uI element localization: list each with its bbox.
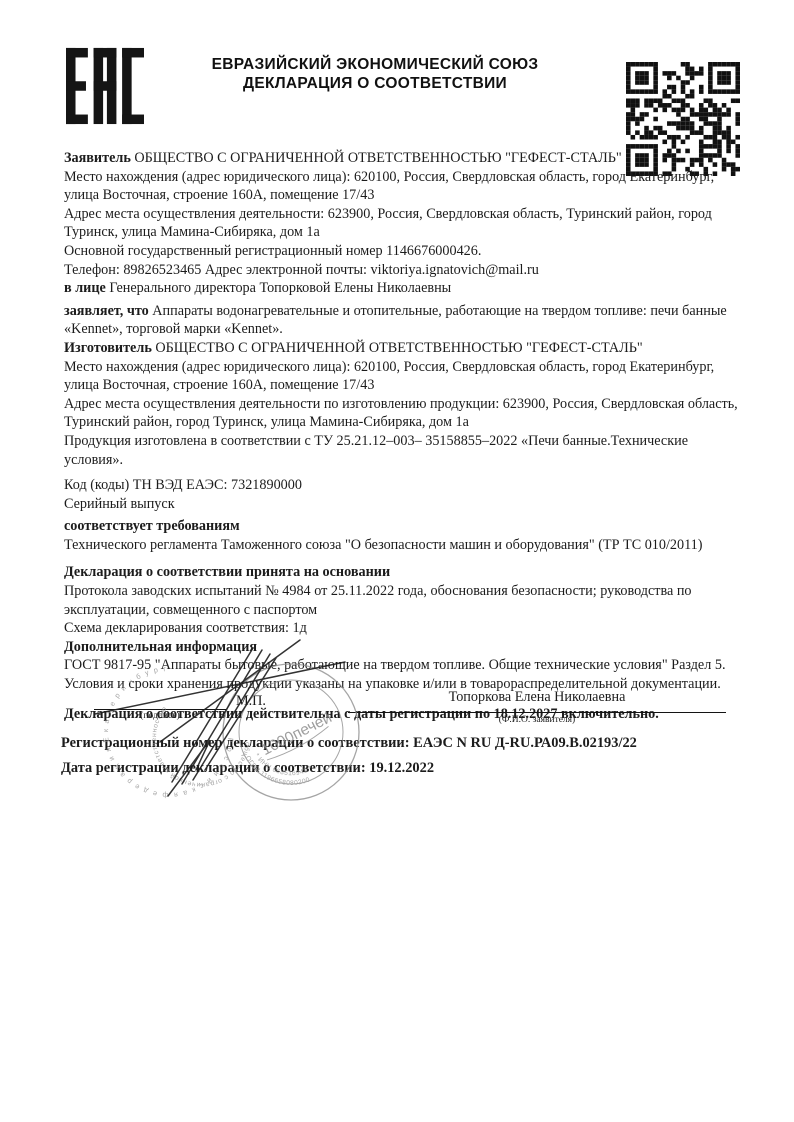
paragraph-serial-release: Серийный выпуск [64, 495, 742, 514]
paragraph-test-protocol: Протокола заводских испытаний № 4984 от … [64, 582, 742, 619]
paragraph-manufacturer: Изготовитель ОБЩЕСТВО С ОГРАНИЧЕННОЙ ОТВ… [64, 339, 742, 358]
document-header: ЕВРАЗИЙСКИЙ ЭКОНОМИЧЕСКИЙ СОЮЗ ДЕКЛАРАЦИ… [130, 55, 620, 93]
paragraph-ogrn: Основной государственный регистрационный… [64, 242, 742, 261]
signature-line [94, 709, 226, 710]
document-body: Заявитель ОБЩЕСТВО С ОГРАНИЧЕННОЙ ОТВЕТС… [64, 149, 742, 723]
paragraph-manufacturer-legal-address: Место нахождения (адрес юридического лиц… [64, 358, 742, 395]
union-name: ЕВРАЗИЙСКИЙ ЭКОНОМИЧЕСКИЙ СОЮЗ [130, 55, 620, 74]
paragraph-complies-heading: соответствует требованиям [64, 517, 742, 536]
registration-number-line: Регистрационный номер декларации о соотв… [61, 735, 761, 752]
paragraph-manufacturing-address: Адрес места осуществления деятельности п… [64, 395, 742, 432]
signature-caption: (подпись) [100, 711, 220, 721]
paragraph-technical-regulation: Технического регламента Таможенного союз… [64, 536, 742, 555]
paragraph-applicant: Заявитель ОБЩЕСТВО С ОГРАНИЧЕННОЙ ОТВЕТС… [64, 149, 742, 168]
paragraph-basis-heading: Декларация о соответствии принята на осн… [64, 563, 742, 582]
registration-number-value: ЕАЭС N RU Д-RU.РА09.В.02193/22 [413, 735, 637, 751]
name-line [348, 712, 726, 713]
paragraph-phone-email: Телефон: 89826523465 Адрес электронной п… [64, 261, 742, 280]
paragraph-declaration-scheme: Схема декларирования соответствия: 1д [64, 619, 742, 638]
paragraph-legal-address: Место нахождения (адрес юридического лиц… [64, 168, 742, 205]
registration-footer: Регистрационный номер декларации о соотв… [61, 735, 761, 777]
applicant-name: Топоркова Елена Николаевна [364, 689, 710, 706]
applicant-label: Заявитель [64, 150, 131, 166]
declaration-document: ЕВРАЗИЙСКИЙ ЭКОНОМИЧЕСКИЙ СОЮЗ ДЕКЛАРАЦИ… [0, 0, 794, 1122]
paragraph-declares: заявляет, что Аппараты водонагревательны… [64, 302, 742, 339]
paragraph-activity-address: Адрес места осуществления деятельности: … [64, 205, 742, 242]
paragraph-additional-info-heading: Дополнительная информация [64, 638, 742, 657]
document-title: ДЕКЛАРАЦИЯ О СООТВЕТСТВИИ [130, 74, 620, 93]
paragraph-represented-by: в лице Генерального директора Топорковой… [64, 279, 742, 298]
registration-date-line: Дата регистрации декларации о соответств… [61, 760, 761, 777]
paragraph-tnved-code: Код (коды) ТН ВЭД ЕАЭС: 7321890000 [64, 476, 742, 495]
applicant-name-caption: (Ф.И.О. заявителя) [364, 715, 710, 725]
paragraph-tu-standard: Продукция изготовлена в соответствии с Т… [64, 432, 742, 469]
registration-date-value: 19.12.2022 [369, 760, 434, 776]
stamp-place-label: М.П. [236, 693, 266, 710]
